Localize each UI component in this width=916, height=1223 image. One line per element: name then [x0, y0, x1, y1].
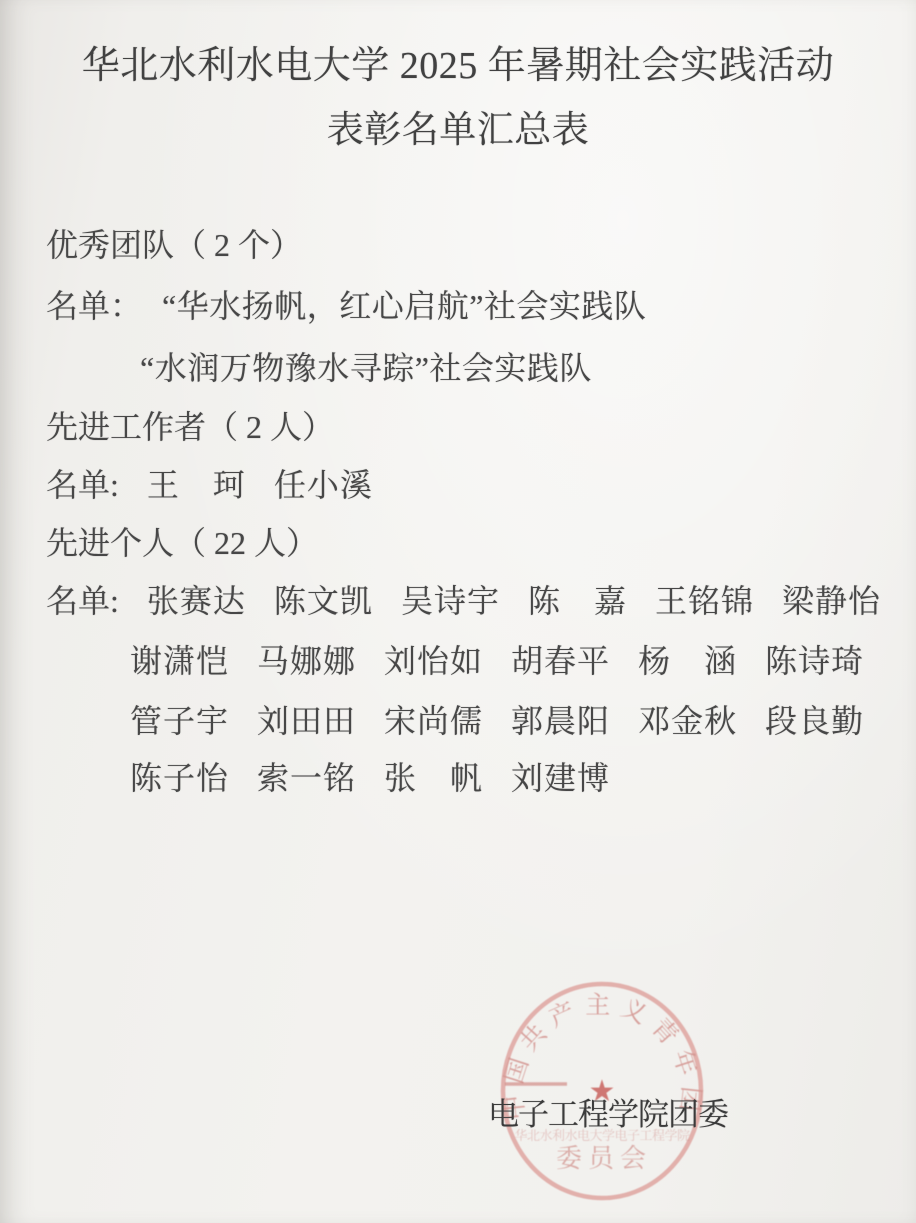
individual-name: 陈子怡 [130, 753, 229, 799]
document-title-line1: 华北水利水电大学 2025 年暑期社会实践活动 [0, 34, 916, 89]
individual-name: 胡春平 [511, 636, 610, 682]
worker-name: 王 珂 [147, 460, 246, 506]
individuals-row-1: 名单: 张赛达 陈文凯 吴诗宇 陈 嘉 王铭锦 梁静怡 [46, 576, 881, 622]
signature-unit: 电子工程学院团委 [488, 1089, 728, 1134]
individual-name: 梁静怡 [782, 576, 881, 622]
individual-name: 吴诗宇 [401, 576, 500, 622]
section-heading-teams: 优秀团队（ 2 个） [46, 220, 302, 266]
teams-list-line2: “水润万物豫水寻踪”社会实践队 [140, 343, 592, 389]
workers-list: 名单: 王 珂 任小溪 [46, 460, 373, 506]
document-page: 华北水利水电大学 2025 年暑期社会实践活动 表彰名单汇总表 优秀团队（ 2 … [0, 0, 916, 1223]
team-name: “华水扬帆，红心启航”社会实践队 [162, 281, 646, 327]
individual-name: 陈 嘉 [528, 576, 627, 622]
individual-name: 杨 涵 [638, 636, 737, 682]
individual-name: 管子宇 [130, 696, 229, 742]
individual-name: 索一铭 [257, 753, 356, 799]
individuals-row-4: 陈子怡 索一铭 张 帆 刘建博 [130, 753, 610, 799]
individual-name: 张赛达 [147, 576, 246, 622]
individual-name: 宋尚儒 [384, 696, 483, 742]
individual-name: 郭晨阳 [511, 696, 610, 742]
worker-name: 任小溪 [274, 460, 373, 506]
team-name: “水润万物豫水寻踪”社会实践队 [140, 343, 592, 389]
individual-name: 谢潇恺 [130, 636, 229, 682]
individual-name: 段良勤 [765, 696, 864, 742]
individuals-row-2: 谢潇恺 马娜娜 刘怡如 胡春平 杨 涵 陈诗琦 [130, 636, 864, 682]
section-heading-individuals: 先进个人（ 22 人） [46, 518, 318, 564]
section-heading-workers: 先进工作者（ 2 人） [46, 402, 334, 448]
teams-list-line1: 名单： “华水扬帆，红心启航”社会实践队 [46, 281, 646, 327]
individual-name: 王铭锦 [655, 576, 754, 622]
individual-name: 陈文凯 [274, 576, 373, 622]
individual-name: 刘田田 [257, 696, 356, 742]
teams-list-label: 名单： [46, 281, 142, 327]
individual-name: 马娜娜 [257, 636, 356, 682]
individuals-row-3: 管子宇 刘田田 宋尚儒 郭晨阳 邓金秋 段良勤 [130, 696, 864, 742]
seal-bottom-text: 委员会 [556, 1144, 652, 1173]
individuals-list-label: 名单: [46, 576, 119, 622]
individual-name: 邓金秋 [638, 696, 737, 742]
individual-name: 刘怡如 [384, 636, 483, 682]
individual-name: 陈诗琦 [765, 636, 864, 682]
document-title-line2: 表彰名单汇总表 [0, 99, 916, 153]
workers-list-label: 名单: [46, 460, 119, 506]
individual-name: 张 帆 [384, 753, 483, 799]
individual-name: 刘建博 [511, 753, 610, 799]
